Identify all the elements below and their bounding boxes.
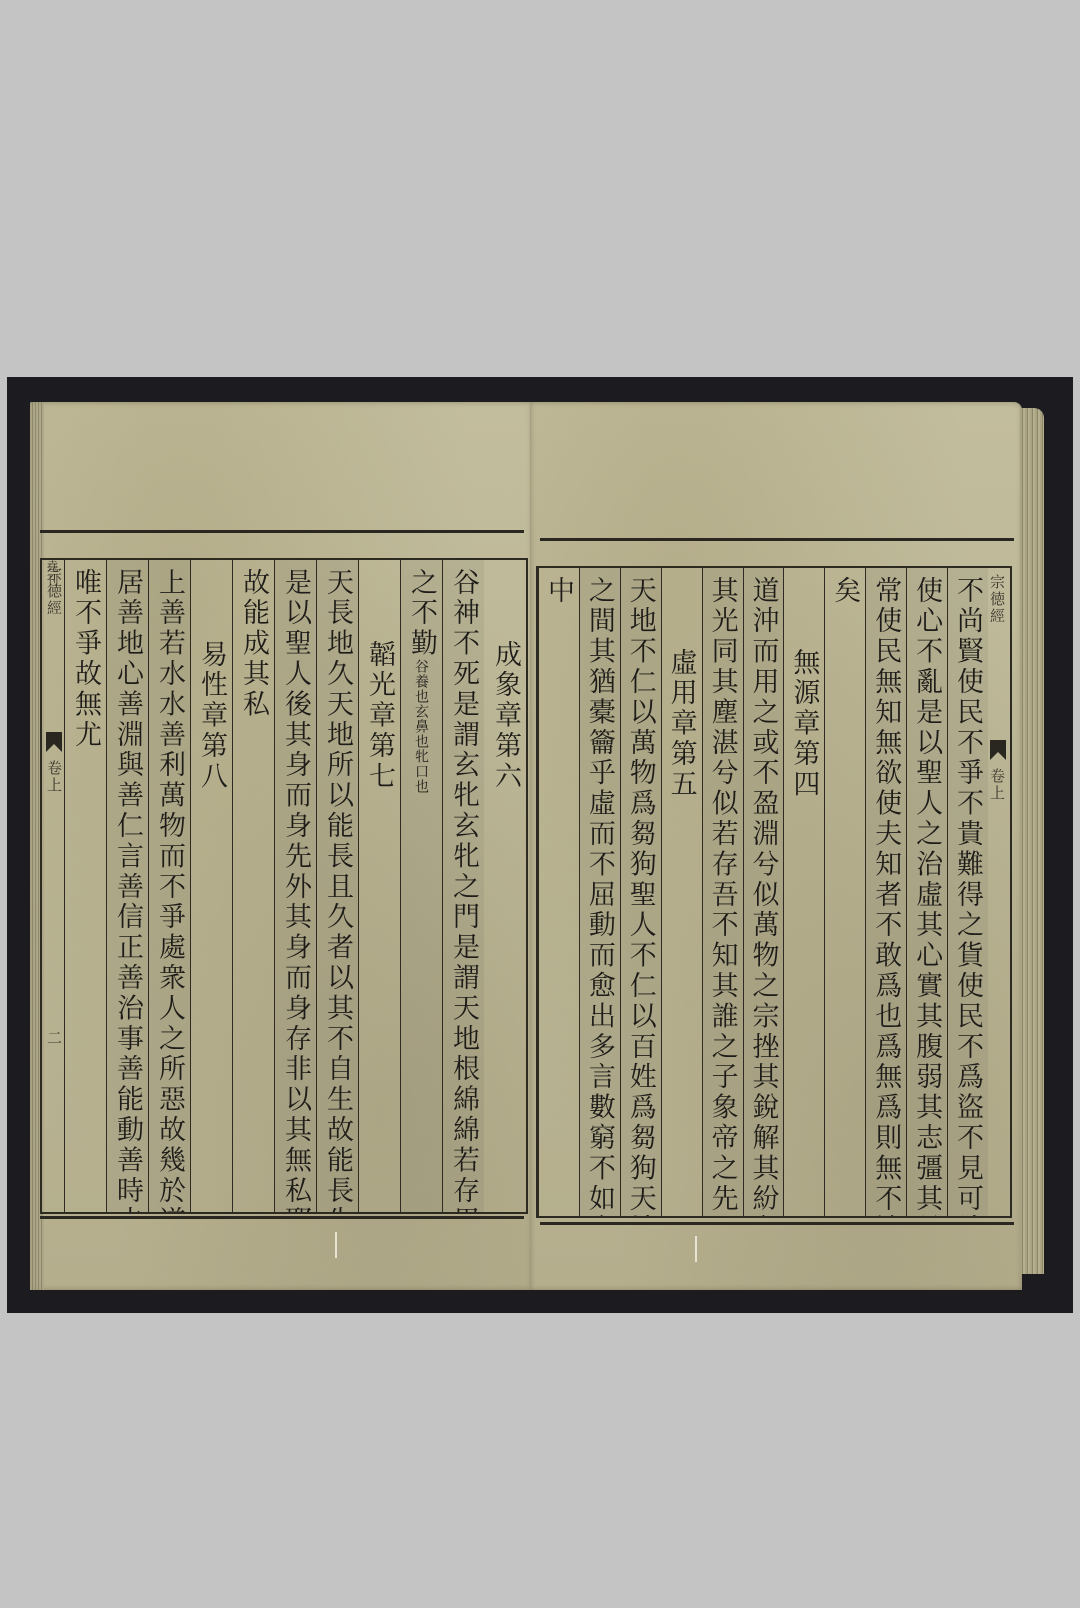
right-gutter-title: 宗徳經 <box>987 574 1008 724</box>
heading-chapter-4: 無源章第四 <box>783 568 824 1216</box>
left-columns: 成象章第六 谷神不死是謂玄牝玄牝之門是謂天地根綿綿若存用 之不勤谷養也玄鼻也牝口… <box>64 560 526 1212</box>
left-gutter-volume: 卷上 <box>44 760 65 820</box>
text-column: 上善若水水善利萬物而不爭處衆人之所惡故幾於道 <box>148 560 190 1212</box>
text-column: 不尚賢使民不爭不貴難得之貨使民不爲盜不見可欲 <box>947 568 988 1216</box>
text-column: 矣 <box>824 568 865 1216</box>
text-column: 唯不爭故無尤 <box>64 560 106 1212</box>
text-column: 使心不亂是以聖人之治虛其心實其腹弱其志彊其骨 <box>906 568 947 1216</box>
text-column: 是以聖人後其身而身先外其身而身存非以其無私耶 <box>274 560 316 1212</box>
right-gutter-volume: 卷上 <box>987 768 1008 828</box>
column-text: 之不勤 <box>406 568 437 659</box>
text-column: 常使民無知無欲使夫知者不敢爲也爲無爲則無不治 <box>865 568 906 1216</box>
text-column: 谷神不死是謂玄牝玄牝之門是謂天地根綿綿若存用 <box>442 560 484 1212</box>
right-columns: 不尚賢使民不爭不貴難得之貨使民不爲盜不見可欲 使心不亂是以聖人之治虛其心實其腹弱… <box>538 568 988 1216</box>
fishtail-mark-icon <box>990 740 1006 760</box>
text-column-with-note: 之不勤谷養也玄鼻也牝口也 <box>400 560 442 1212</box>
heading-chapter-8: 易性章第八 <box>190 560 232 1212</box>
text-column: 天長地久天地所以能長且久者以其不自生故能長生 <box>316 560 358 1212</box>
fishtail-mark-icon <box>46 732 62 752</box>
stitch-mark <box>695 1236 697 1262</box>
text-column: 居善地心善淵與善仁言善信正善治事善能動善時夫 <box>106 560 148 1212</box>
lower-margin-rule <box>540 1222 1014 1225</box>
left-text-frame: 宗徳經 卷上 二 堯刊 成象章第六 谷神不死是謂玄牝玄牝之門是謂天地根綿綿若存用… <box>40 558 528 1214</box>
page-stack-edge <box>1020 408 1044 1274</box>
text-column: 道沖而用之或不盈淵兮似萬物之宗挫其銳解其紛和 <box>743 568 784 1216</box>
upper-margin-rule <box>40 530 524 533</box>
right-page: 宗徳經 卷上 不尚賢使民不爭不貴難得之貨使民不爲盜不見可欲 使心不亂是以聖人之治… <box>530 402 1022 1290</box>
right-text-frame: 宗徳經 卷上 不尚賢使民不爭不貴難得之貨使民不爲盜不見可欲 使心不亂是以聖人之治… <box>536 566 1012 1218</box>
heading-chapter-6: 成象章第六 <box>484 560 526 1212</box>
commentary-note: 谷養也玄鼻也牝口也 <box>413 659 429 794</box>
lower-margin-rule <box>40 1216 524 1219</box>
text-column: 中 <box>538 568 579 1216</box>
heading-chapter-5: 虛用章第五 <box>661 568 702 1216</box>
text-column: 故能成其私 <box>232 560 274 1212</box>
left-gutter-printer: 堯刊 <box>44 560 61 600</box>
text-column: 天地不仁以萬物爲芻狗聖人不仁以百姓爲芻狗天地 <box>620 568 661 1216</box>
heading-chapter-7: 韜光章第七 <box>358 560 400 1212</box>
left-page: 宗徳經 卷上 二 堯刊 成象章第六 谷神不死是謂玄牝玄牝之門是謂天地根綿綿若存用… <box>30 402 532 1290</box>
upper-margin-rule <box>540 538 1014 541</box>
left-gutter-page-number: 二 <box>44 1030 65 1060</box>
scanned-book-spread: 宗徳經 卷上 二 堯刊 成象章第六 谷神不死是謂玄牝玄牝之門是謂天地根綿綿若存用… <box>7 377 1073 1313</box>
text-column: 之間其猶橐籥乎虛而不屈動而愈出多言數窮不如守 <box>579 568 620 1216</box>
text-column: 其光同其塵湛兮似若存吾不知其誰之子象帝之先 <box>702 568 743 1216</box>
stitch-mark <box>335 1232 337 1258</box>
